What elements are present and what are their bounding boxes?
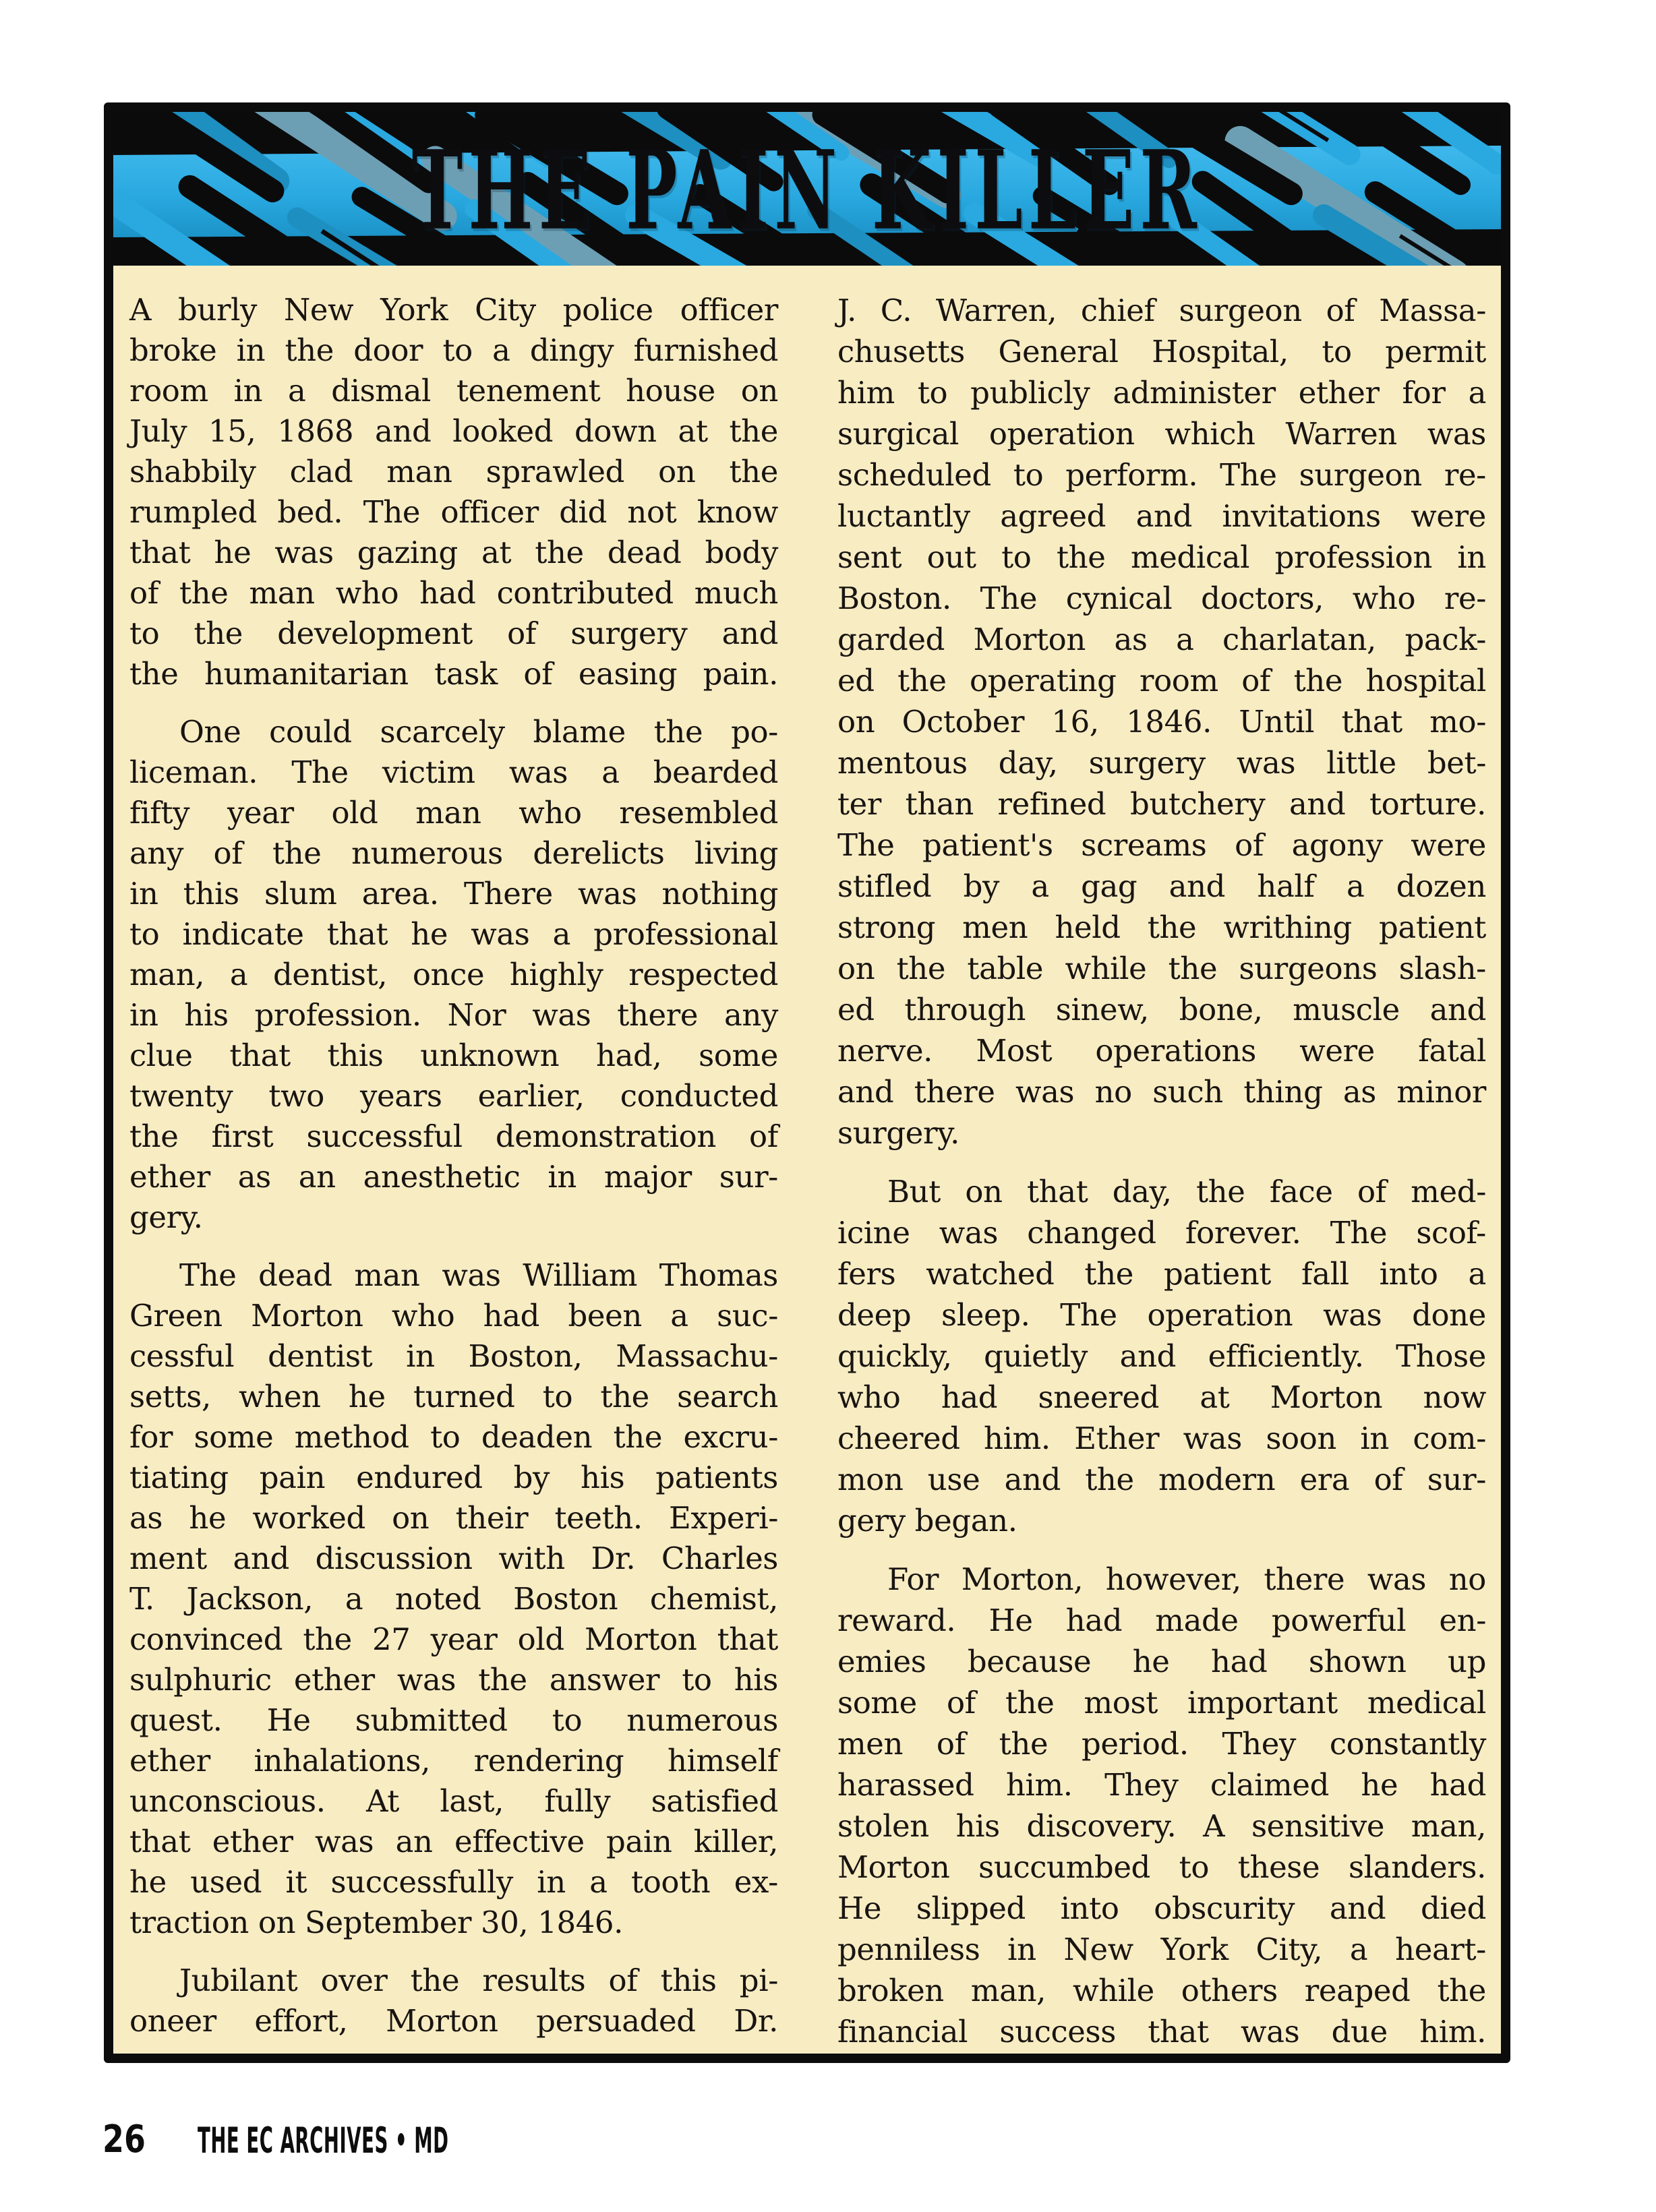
text-line: Jubilant over the results of this pi- [129,1961,778,2001]
text-line: broken man, while others reaped the [837,1970,1486,2011]
text-line: stolen his discovery. A sensitive man, [837,1805,1486,1847]
text-line: gery. [129,1197,778,1238]
text-line: quickly, quietly and efficiently. Those [837,1336,1486,1377]
text-line: garded Morton as a charlatan, pack- [837,619,1486,660]
text-line: shabbily clad man sprawled on the [129,452,778,492]
text-line: One could scarcely blame the po- [129,712,778,752]
paragraph: For Morton, however, there was noreward.… [837,1559,1486,2052]
text-line: Morton succumbed to these slanders. [837,1847,1486,1888]
text-line: sulphuric ether was the answer to his [129,1660,778,1700]
text-line: ed the operating room of the hospital [837,660,1486,701]
text-line: But on that day, the face of med- [837,1171,1486,1212]
paragraph: J. C. Warren, chief surgeon of Massa-chu… [837,290,1486,1154]
text-line: as he worked on their teeth. Experi- [129,1498,778,1538]
text-line: the first successful demonstration of [129,1116,778,1157]
text-line: Boston. The cynical doctors, who re- [837,578,1486,619]
text-line: for some method to deaden the excru- [129,1417,778,1458]
text-line: cheered him. Ether was soon in com- [837,1418,1486,1459]
text-line: cessful dentist in Boston, Massachu- [129,1336,778,1377]
text-line: financial success that was due him. [837,2011,1486,2052]
paragraph: One could scarcely blame the po-liceman.… [129,712,778,1238]
text-line: The dead man was William Thomas [129,1255,778,1296]
text-line: July 15, 1868 and looked down at the [129,411,778,452]
text-line: fers watched the patient fall into a [837,1253,1486,1294]
banner-title-wrap: THE PAIN KILLER [113,112,1501,266]
text-line: rumpled bed. The officer did not know [129,492,778,533]
text-line: and there was no such thing as minor [837,1071,1486,1112]
text-line: gery began. [837,1500,1486,1541]
text-line: to the development of surgery and [129,614,778,654]
text-line: oneer effort, Morton persuaded Dr. [129,2001,778,2041]
column-left: A burly New York City police officerbrok… [129,290,778,2052]
text-line: broke in the door to a dingy furnished [129,330,778,371]
text-line: ment and discussion with Dr. Charles [129,1538,778,1579]
text-line: mentous day, surgery was little bet- [837,742,1486,783]
text-line: surgical operation which Warren was [837,413,1486,454]
text-line: The patient's screams of agony were [837,825,1486,866]
text-line: surgery. [837,1112,1486,1154]
text-line: strong men held the writhing patient [837,907,1486,948]
footer-book-title: THE EC ARCHIVES • MD [198,2122,449,2160]
text-line: some of the most important medical [837,1682,1486,1723]
story-title: THE PAIN KILLER [412,127,1202,255]
text-line: ether inhalations, rendering himself [129,1741,778,1781]
text-line: that ether was an effective pain killer, [129,1822,778,1862]
text-line: harassed him. They claimed he had [837,1764,1486,1805]
text-line: setts, when he turned to the search [129,1377,778,1417]
text-line: he used it successfully in a tooth ex- [129,1862,778,1903]
text-line: reward. He had made powerful en- [837,1600,1486,1641]
text-line: scheduled to perform. The surgeon re- [837,454,1486,496]
text-columns: A burly New York City police officerbrok… [113,266,1501,2052]
text-line: the humanitarian task of easing pain. [129,654,778,694]
text-line: ter than refined butchery and torture. [837,783,1486,825]
text-line: on the table while the surgeons slash- [837,948,1486,989]
paragraph: The dead man was William ThomasGreen Mor… [129,1255,778,1943]
footer-page-number: 26 [102,2120,146,2160]
text-line: twenty two years earlier, conducted [129,1076,778,1116]
text-line: He slipped into obscurity and died [837,1888,1486,1929]
paragraph: A burly New York City police officerbrok… [129,290,778,694]
text-line: traction on September 30, 1846. [129,1903,778,1943]
text-line: on October 16, 1846. Until that mo- [837,701,1486,742]
page-footer: 26 THE EC ARCHIVES • MD [102,2120,709,2163]
text-line: tiating pain endured by his patients [129,1458,778,1498]
text-line: of the man who had contributed much [129,573,778,614]
text-line: T. Jackson, a noted Boston chemist, [129,1579,778,1619]
text-line: sent out to the medical profession in [837,537,1486,578]
text-line: him to publicly administer ether for a [837,372,1486,413]
text-line: ether as an anesthetic in major sur- [129,1157,778,1197]
text-line: any of the numerous derelicts living [129,833,778,874]
text-line: nerve. Most operations were fatal [837,1030,1486,1071]
text-line: Green Morton who had been a suc- [129,1296,778,1336]
text-line: chusetts General Hospital, to permit [837,331,1486,372]
text-line: liceman. The victim was a bearded [129,752,778,793]
text-line: room in a dismal tenement house on [129,371,778,411]
text-line: penniless in New York City, a heart- [837,1929,1486,1970]
column-right: J. C. Warren, chief surgeon of Massa-chu… [837,290,1486,2052]
text-line: icine was changed forever. The scof- [837,1212,1486,1253]
text-line: J. C. Warren, chief surgeon of Massa- [837,290,1486,331]
text-line: man, a dentist, once highly respected [129,955,778,995]
paragraph: But on that day, the face of med-icine w… [837,1171,1486,1541]
text-line: quest. He submitted to numerous [129,1700,778,1741]
text-line: emies because he had shown up [837,1641,1486,1682]
story-panel: THE PAIN KILLER A burly New York City po… [104,102,1510,2063]
text-line: who had sneered at Morton now [837,1377,1486,1418]
text-line: clue that this unknown had, some [129,1036,778,1076]
text-line: ed through sinew, bone, muscle and [837,989,1486,1030]
text-line: men of the period. They constantly [837,1723,1486,1764]
text-line: unconscious. At last, fully satisfied [129,1781,778,1822]
text-line: luctantly agreed and invitations were [837,496,1486,537]
text-line: For Morton, however, there was no [837,1559,1486,1600]
text-line: in his profession. Nor was there any [129,995,778,1036]
text-line: in this slum area. There was nothing [129,874,778,914]
text-line: convinced the 27 year old Morton that [129,1619,778,1660]
paragraph: Jubilant over the results of this pi-one… [129,1961,778,2041]
text-line: that he was gazing at the dead body [129,533,778,573]
text-line: stifled by a gag and half a dozen [837,866,1486,907]
text-line: fifty year old man who resembled [129,793,778,833]
text-line: to indicate that he was a professional [129,914,778,955]
text-line: A burly New York City police officer [129,290,778,330]
text-line: deep sleep. The operation was done [837,1294,1486,1336]
title-banner: THE PAIN KILLER [113,112,1501,266]
text-line: mon use and the modern era of sur- [837,1459,1486,1500]
